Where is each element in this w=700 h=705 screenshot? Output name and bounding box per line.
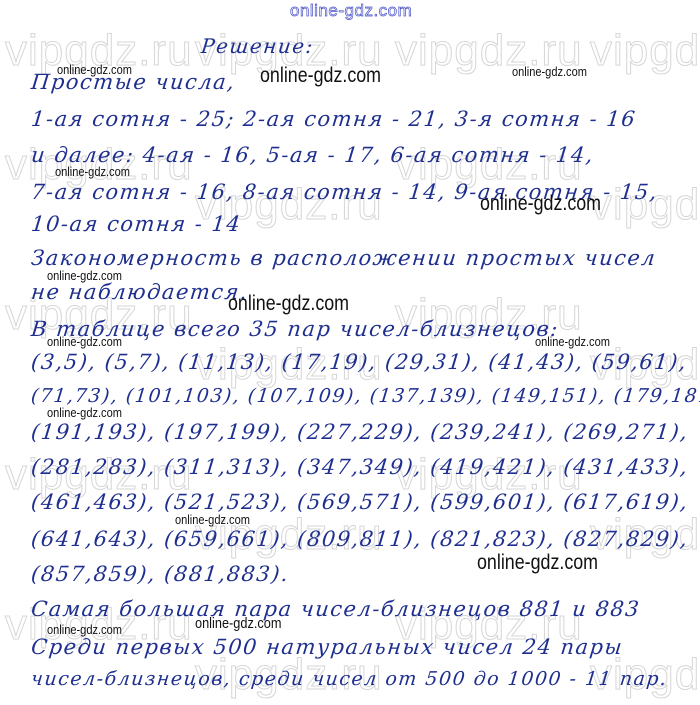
watermark-overlay: online-gdz.com — [477, 551, 598, 575]
pairs-line: (281,283), (311,313), (347,349), (419,42… — [30, 455, 690, 479]
watermark-overlay: online-gdz.com — [47, 622, 122, 637]
text-line: не наблюдается. — [30, 280, 250, 304]
watermark-bg: vipgdz.ru — [590, 26, 700, 76]
solution-title: Решение: — [200, 34, 315, 58]
watermark-overlay: online-gdz.com — [228, 292, 349, 316]
pairs-line: (71,73), (101,103), (107,109), (137,139)… — [30, 385, 700, 407]
watermark-overlay: online-gdz.com — [55, 164, 130, 179]
text-line: Закономерность в расположении простых чи… — [30, 246, 658, 270]
text-line: Самая большая пара чисел-близнецов 881 и… — [30, 597, 641, 621]
watermark-overlay: online-gdz.com — [480, 192, 601, 216]
text-line: 1-ая сотня - 25; 2-ая сотня - 21, 3-я со… — [30, 107, 637, 131]
pairs-line: (461,463), (521,523), (569,571), (599,60… — [30, 490, 690, 514]
pairs-line: (857,859), (881,883). — [30, 562, 291, 586]
text-line: чисел-близнецов, среди чисел от 500 до 1… — [30, 668, 669, 690]
pairs-line: (191,193), (197,199), (227,229), (239,24… — [30, 420, 690, 444]
watermark-overlay: online-gdz.com — [47, 334, 122, 349]
pairs-line: (641,643), (659,661), (809,811), (821,82… — [30, 527, 690, 551]
watermark-overlay: online-gdz.com — [195, 615, 281, 632]
watermark-overlay: online-gdz.com — [57, 62, 132, 77]
watermark-overlay: online-gdz.com — [535, 334, 610, 349]
watermark-overlay: online-gdz.com — [260, 64, 381, 88]
pairs-line: (3,5), (5,7), (11,13), (17,19), (29,31),… — [30, 350, 688, 374]
watermark-top: online-gdz.com — [290, 1, 412, 21]
text-line: Среди первых 500 натуральных чисел 24 па… — [30, 635, 624, 659]
watermark-overlay: online-gdz.com — [175, 512, 250, 527]
watermark-overlay: online-gdz.com — [47, 268, 122, 283]
text-line: 10-ая сотня - 14 — [30, 212, 243, 236]
watermark-overlay: online-gdz.com — [47, 405, 122, 420]
watermark-overlay: online-gdz.com — [512, 64, 587, 79]
